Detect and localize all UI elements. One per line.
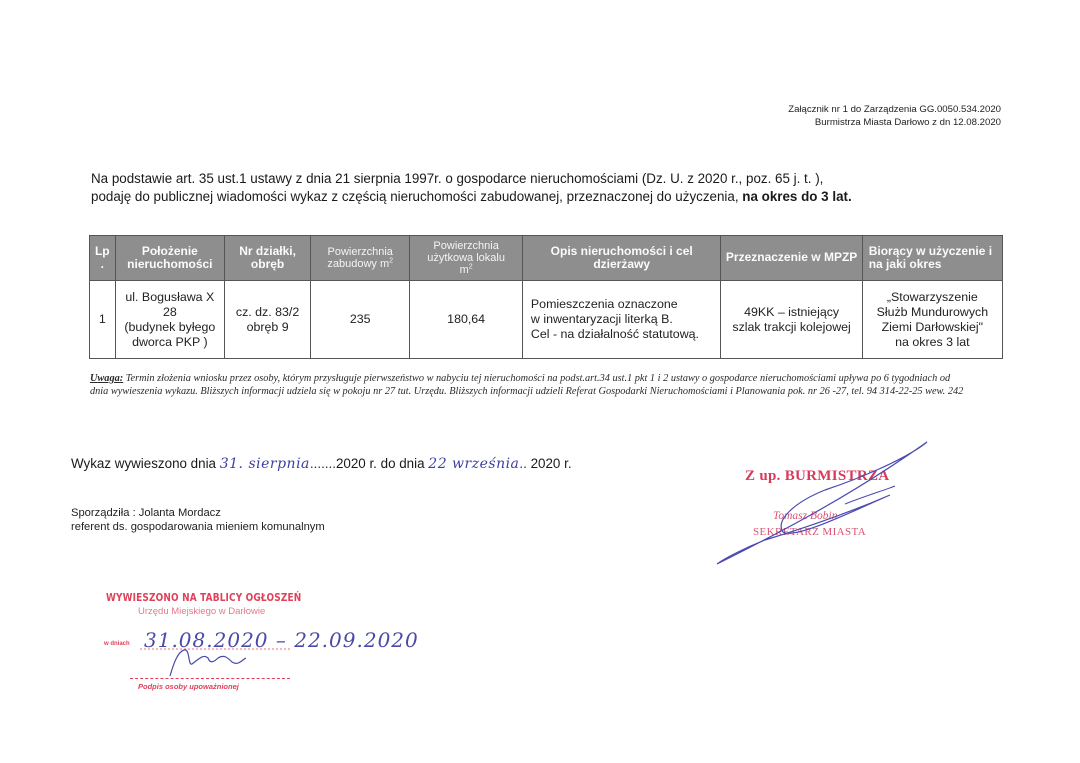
note-label: Uwaga: bbox=[90, 373, 123, 384]
header-plot: Nr działki, obręb bbox=[225, 236, 311, 281]
prepared-by-role: referent ds. gospodarowania mieniem komu… bbox=[71, 520, 325, 534]
cell-usable-area: 180,64 bbox=[410, 281, 523, 359]
table-row: 1 ul. Bogusława X 28(budynek byłegodworc… bbox=[90, 281, 1003, 359]
intro-line-2-text: podaję do publicznej wiadomości wykaz z … bbox=[91, 189, 742, 204]
cell-lp: 1 bbox=[90, 281, 116, 359]
annex-line-2: Burmistrza Miasta Darłowo z dn 12.08.202… bbox=[700, 117, 1001, 130]
posted-prefix: Wykaz wywieszono dnia bbox=[71, 456, 220, 471]
header-zoning: Przeznaczenie w MPZP bbox=[721, 236, 862, 281]
posted-suffix: 2020 r. bbox=[527, 456, 572, 471]
posted-from-handwritten: 31. sierpnia bbox=[220, 456, 310, 472]
annex-header: Załącznik nr 1 do Zarządzenia GG.0050.53… bbox=[700, 104, 1001, 129]
posted-to-handwritten: 22 września bbox=[428, 456, 519, 472]
posted-to-dots: .. bbox=[519, 456, 526, 471]
posted-mid: 2020 r. do dnia bbox=[336, 456, 428, 471]
annex-line-1: Załącznik nr 1 do Zarządzenia GG.0050.53… bbox=[700, 104, 1001, 117]
header-usable-area: Powierzchnia użytkowa lokalum2 bbox=[410, 236, 523, 281]
cell-location: ul. Bogusława X 28(budynek byłegodworca … bbox=[115, 281, 225, 359]
note-paragraph: Uwaga: Termin złożenia wniosku przez oso… bbox=[90, 373, 970, 398]
note-text: Termin złożenia wniosku przez osoby, któ… bbox=[90, 373, 963, 397]
board-stamp-signature-label: Podpis osoby upoważnionej bbox=[138, 682, 239, 691]
property-table: Lp . Położenie nieruchomości Nr działki,… bbox=[89, 235, 1003, 359]
prepared-by: Sporządziła : Jolanta Mordacz referent d… bbox=[71, 506, 325, 534]
header-built-area: Powierzchnia zabudowy m2 bbox=[311, 236, 410, 281]
board-stamp: WYWIESZONO NA TABLICY OGŁOSZEŃ Urzędu Mi… bbox=[100, 592, 400, 702]
cell-zoning: 49KK – istniejącyszlak trakcji kolejowej bbox=[721, 281, 862, 359]
header-borrower: Biorący w użyczenie i na jaki okres bbox=[862, 236, 1002, 281]
signature-icon bbox=[705, 440, 945, 570]
signature-line bbox=[130, 678, 290, 679]
mayor-stamp: Z up. BURMISTRZA Tomasz Bobin SEKRETARZ … bbox=[705, 440, 945, 570]
posted-from-dots: ....... bbox=[310, 456, 336, 471]
cell-borrower: „StowarzyszenieSłużb MundurowychZiemi Da… bbox=[862, 281, 1002, 359]
header-location: Położenie nieruchomości bbox=[115, 236, 225, 281]
posting-dates-line: Wykaz wywieszono dnia 31. sierpnia......… bbox=[71, 456, 572, 472]
intro-period-bold: na okres do 3 lat. bbox=[742, 189, 851, 204]
header-description: Opis nieruchomości i cel dzierżawy bbox=[522, 236, 721, 281]
intro-line-1: Na podstawie art. 35 ust.1 ustawy z dnia… bbox=[91, 170, 1031, 188]
prepared-by-name: Sporządziła : Jolanta Mordacz bbox=[71, 506, 325, 520]
cell-description: Pomieszczenia oznaczonew inwentaryzacji … bbox=[522, 281, 721, 359]
cell-built-area: 235 bbox=[311, 281, 410, 359]
header-lp: Lp . bbox=[90, 236, 116, 281]
table-header-row: Lp . Położenie nieruchomości Nr działki,… bbox=[90, 236, 1003, 281]
intro-paragraph: Na podstawie art. 35 ust.1 ustawy z dnia… bbox=[91, 170, 1031, 206]
intro-line-2: podaję do publicznej wiadomości wykaz z … bbox=[91, 188, 1031, 206]
cell-plot: cz. dz. 83/2obręb 9 bbox=[225, 281, 311, 359]
